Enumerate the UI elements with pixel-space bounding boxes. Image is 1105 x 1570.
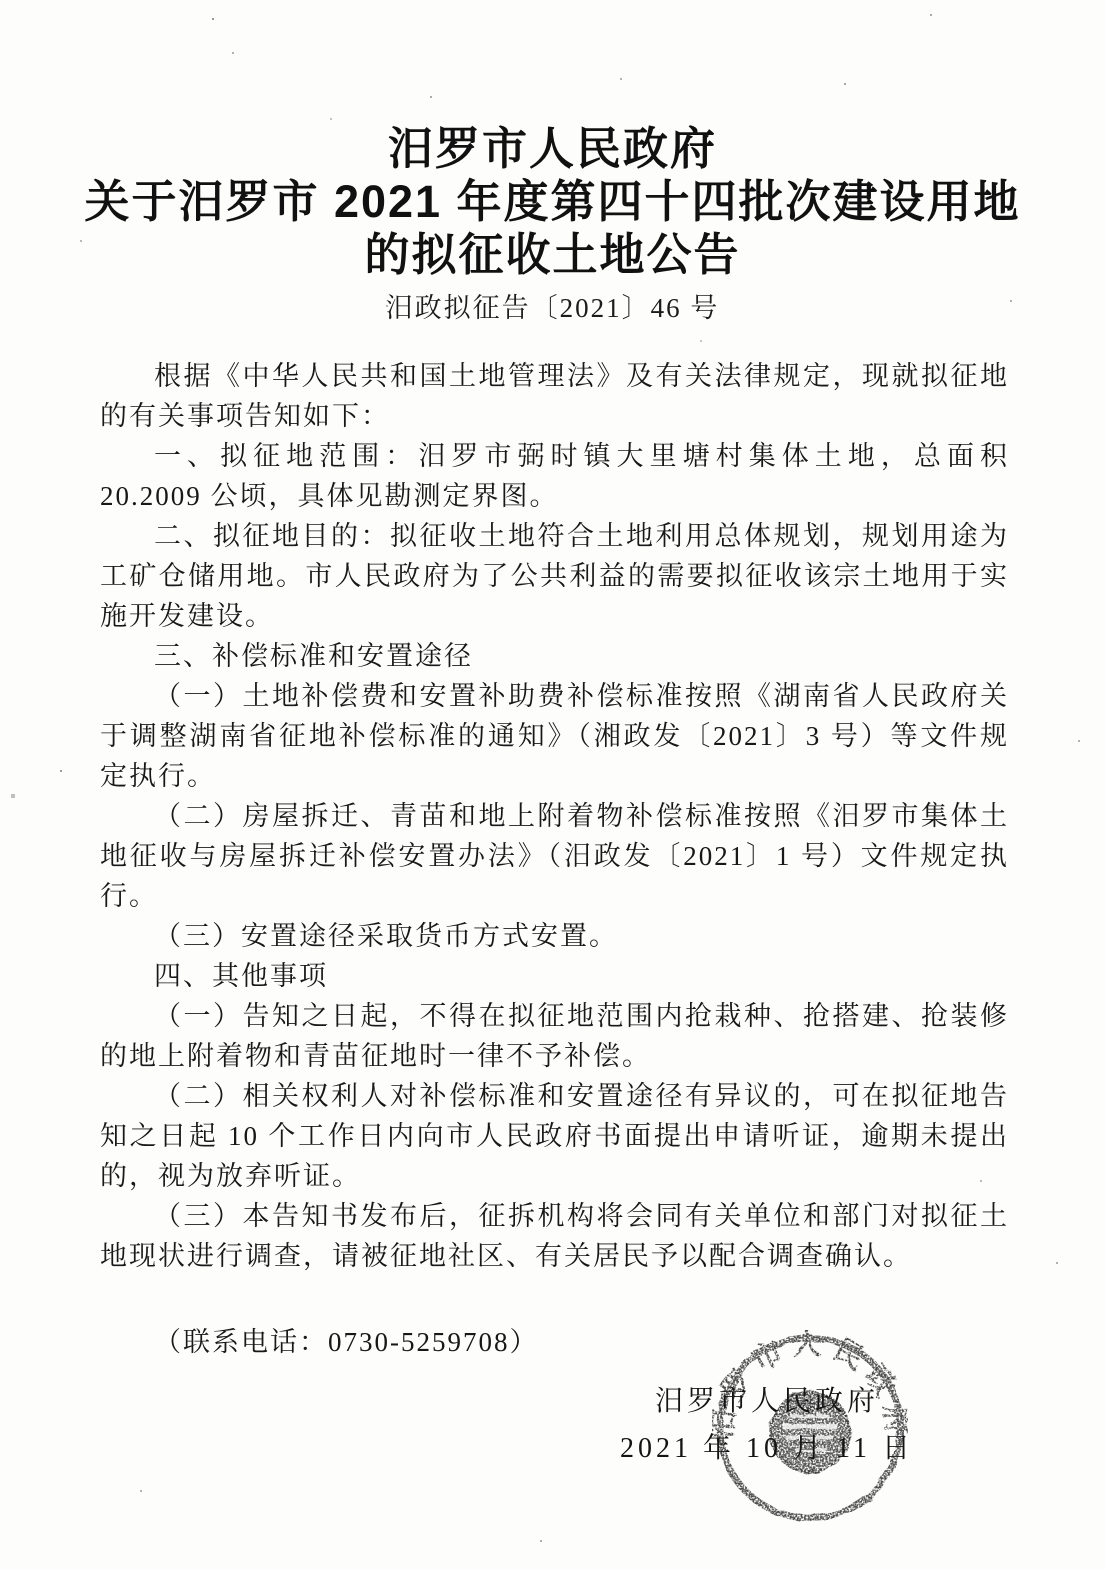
- page-title-line-3: 的拟征收土地公告: [0, 228, 1105, 281]
- scan-noise: [0, 0, 2, 2]
- signature-issuer: 汨罗市人民政府: [602, 1378, 932, 1425]
- page-title-line-2: 关于汨罗市 2021 年度第四十四批次建设用地: [0, 175, 1105, 228]
- document-page: 汨罗市人民政府 关于汨罗市 2021 年度第四十四批次建设用地 的拟征收土地公告…: [0, 0, 1105, 1570]
- document-number: 汨政拟征告〔2021〕46 号: [0, 290, 1105, 326]
- paragraph-purpose: 二、拟征地目的：拟征收土地符合土地利用总体规划，规划用途为工矿仓储用地。市人民政…: [100, 516, 1009, 636]
- paragraph-other-1: （一）告知之日起，不得在拟征地范围内抢栽种、抢搭建、抢装修的地上附着物和青苗征地…: [100, 996, 1009, 1076]
- paragraph-other-2: （二）相关权利人对补偿标准和安置途径有异议的，可在拟征地告知之日起 10 个工作…: [100, 1076, 1009, 1196]
- paragraph-compensation-heading: 三、补偿标准和安置途径: [100, 636, 1009, 676]
- paragraph-scope: 一、拟征地范围：汨罗市弼时镇大里塘村集体土地，总面积 20.2009 公顷，具体…: [100, 436, 1009, 516]
- signature-block: 汨罗市人民政府 2021 年 10 月 11 日: [602, 1378, 932, 1472]
- paragraph-compensation-1: （一）土地补偿费和安置补助费补偿标准按照《湖南省人民政府关于调整湖南省征地补偿标…: [100, 676, 1009, 796]
- paragraph-other-3: （三）本告知书发布后，征拆机构将会同有关单位和部门对拟征土地现状进行调查，请被征…: [100, 1196, 1009, 1276]
- document-header: 汨罗市人民政府 关于汨罗市 2021 年度第四十四批次建设用地 的拟征收土地公告…: [0, 0, 1105, 326]
- paragraph-intro: 根据《中华人民共和国土地管理法》及有关法律规定，现就拟征地的有关事项告知如下：: [100, 356, 1009, 436]
- paragraph-compensation-2: （二）房屋拆迁、青苗和地上附着物补偿标准按照《汨罗市集体土地征收与房屋拆迁补偿安…: [100, 796, 1009, 916]
- document-body: 根据《中华人民共和国土地管理法》及有关法律规定，现就拟征地的有关事项告知如下： …: [100, 356, 1009, 1362]
- signature-date: 2021 年 10 月 11 日: [602, 1425, 932, 1472]
- paragraph-compensation-3: （三）安置途径采取货币方式安置。: [100, 916, 1009, 956]
- paragraph-other-heading: 四、其他事项: [100, 956, 1009, 996]
- page-title-line-1: 汨罗市人民政府: [0, 122, 1105, 175]
